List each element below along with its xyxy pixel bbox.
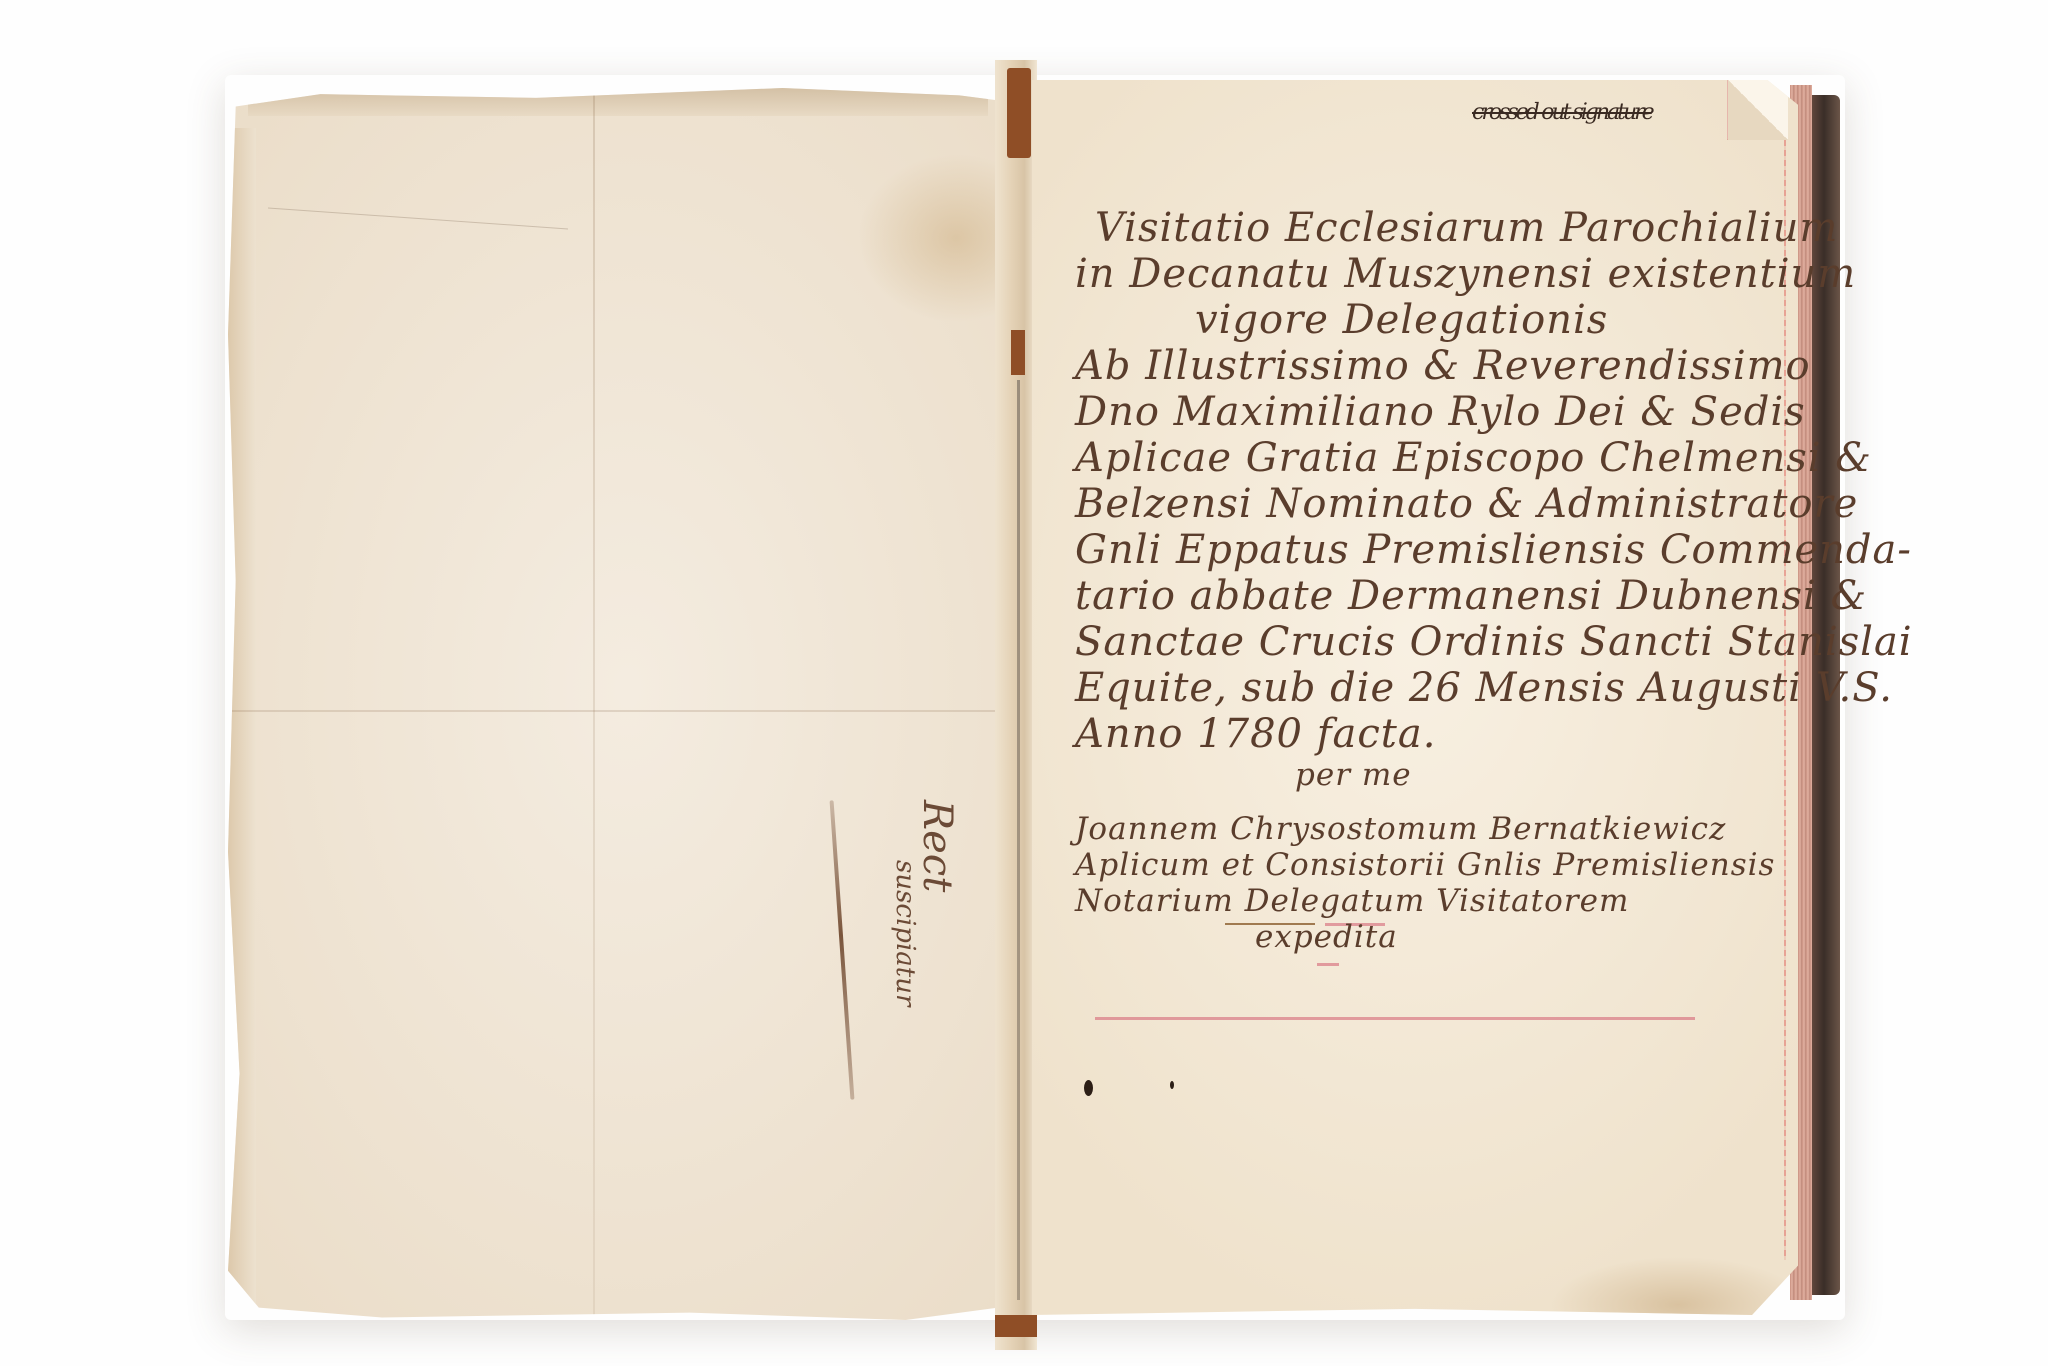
title-text-block: Visitatio Ecclesiarum Parochialium in De… <box>1075 205 1795 955</box>
title-line: Dno Maximiliano Rylo Dei & Sedis <box>1075 389 1795 435</box>
title-line: Equite, sub die 26 Mensis Augusti V.S. <box>1075 665 1795 711</box>
title-line: vigore Delegationis <box>1075 297 1795 343</box>
title-line: Visitatio Ecclesiarum Parochialium <box>1075 205 1795 251</box>
author-line: Notarium Delegatum Visitatorem <box>1075 883 1795 919</box>
leather-fragment-top <box>1007 68 1031 158</box>
title-line: Gnli Eppatus Premisliensis Commenda- <box>1075 527 1795 573</box>
margin-annotation: Rect suscipiatur <box>820 780 940 1040</box>
photo-stage: Rect suscipiatur crossed-out signature V… <box>0 0 2048 1366</box>
title-line: tario abbate Dermanensi Dubnensi & <box>1075 573 1795 619</box>
vertical-fold-line <box>593 88 595 1320</box>
leather-fragment-bottom <box>995 1315 1037 1337</box>
author-name-underline <box>1095 1017 1695 1020</box>
bottom-corner-damage <box>1538 1235 1798 1315</box>
author-line-expedita: expedita <box>1075 919 1795 955</box>
title-line: in Decanatu Muszynensi existentium <box>1075 251 1795 297</box>
per-me-underline <box>1317 963 1339 966</box>
crease-flap <box>268 118 568 230</box>
left-page <box>228 88 998 1320</box>
leather-fragment-mid <box>1011 330 1025 375</box>
author-line: Joannem Chrysostomum Bernatkiewicz <box>1075 811 1795 847</box>
spine-gutter <box>995 60 1037 1350</box>
binding-thread <box>1017 380 1020 1300</box>
horizontal-fold-line <box>228 710 998 712</box>
annotation-word-suscipiatur: suscipiatur <box>890 860 920 1006</box>
title-line: Belzensi Nominato & Administratore <box>1075 481 1795 527</box>
ink-spot <box>1084 1080 1093 1096</box>
per-me-line: per me <box>1075 757 1795 793</box>
title-line: Aplicae Gratia Episcopo Chelmensi & <box>1075 435 1795 481</box>
crossed-out-signature: crossed-out signature <box>1472 100 1652 128</box>
title-line: Sanctae Crucis Ordinis Sancti Stanislai <box>1075 619 1795 665</box>
title-line: Ab Illustrissimo & Reverendissimo <box>1075 343 1795 389</box>
annotation-word-rect: Rect <box>914 800 960 892</box>
ink-spot <box>1170 1081 1174 1089</box>
author-line: Aplicum et Consistorii Gnlis Premisliens… <box>1075 847 1795 883</box>
title-line-date: Anno 1780 facta. <box>1075 711 1795 757</box>
